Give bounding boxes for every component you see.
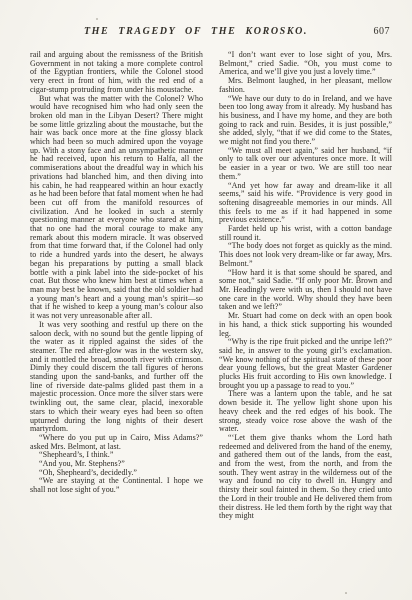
paragraph: “Where do you put up in Cairo, Miss Adam…: [30, 434, 203, 451]
paragraph: “We are staying at the Continental. I ho…: [30, 477, 203, 494]
paragraph: Mrs. Belmont laughed, in her pleasant, m…: [219, 77, 392, 94]
paragraph: It was very soothing and restful up ther…: [30, 321, 203, 434]
paragraph: “The body does not forget as quickly as …: [219, 242, 392, 268]
paragraph: There was a lantern upon the table, and …: [219, 390, 392, 434]
running-header: THE TRAGEDY OF THE KOROSKO. 607: [30, 26, 392, 42]
paragraph: “Why is the ripe fruit picked and the un…: [219, 338, 392, 390]
paragraph: Fardet held up his wrist, with a cotton …: [219, 225, 392, 242]
paragraph: “I don’t want ever to lose sight of you,…: [219, 51, 392, 77]
paragraph: “‘Let them give thanks whom the Lord hat…: [219, 434, 392, 521]
paragraph: rail and arguing about the remissness of…: [30, 51, 203, 95]
page-number: 607: [374, 26, 391, 37]
scan-speck: [96, 18, 98, 20]
column-left: rail and arguing about the remissness of…: [30, 51, 203, 521]
paragraph: “And yet how far away and dream-like it …: [219, 182, 392, 226]
scan-speck: [345, 592, 347, 594]
paragraph: “We have our duty to do in Ireland, and …: [219, 95, 392, 147]
paragraph: “How hard it is that some should be spar…: [219, 269, 392, 313]
paragraph: Mr. Stuart had come on deck with an open…: [219, 312, 392, 338]
book-page: THE TRAGEDY OF THE KOROSKO. 607 rail and…: [0, 0, 412, 600]
page-title: THE TRAGEDY OF THE KOROSKO.: [30, 26, 362, 37]
paragraph: But what was the matter with the Colonel…: [30, 95, 203, 321]
text-columns: rail and arguing about the remissness of…: [30, 51, 392, 521]
paragraph: “We must all meet again,” said her husba…: [219, 147, 392, 182]
column-right: “I don’t want ever to lose sight of you,…: [219, 51, 392, 521]
